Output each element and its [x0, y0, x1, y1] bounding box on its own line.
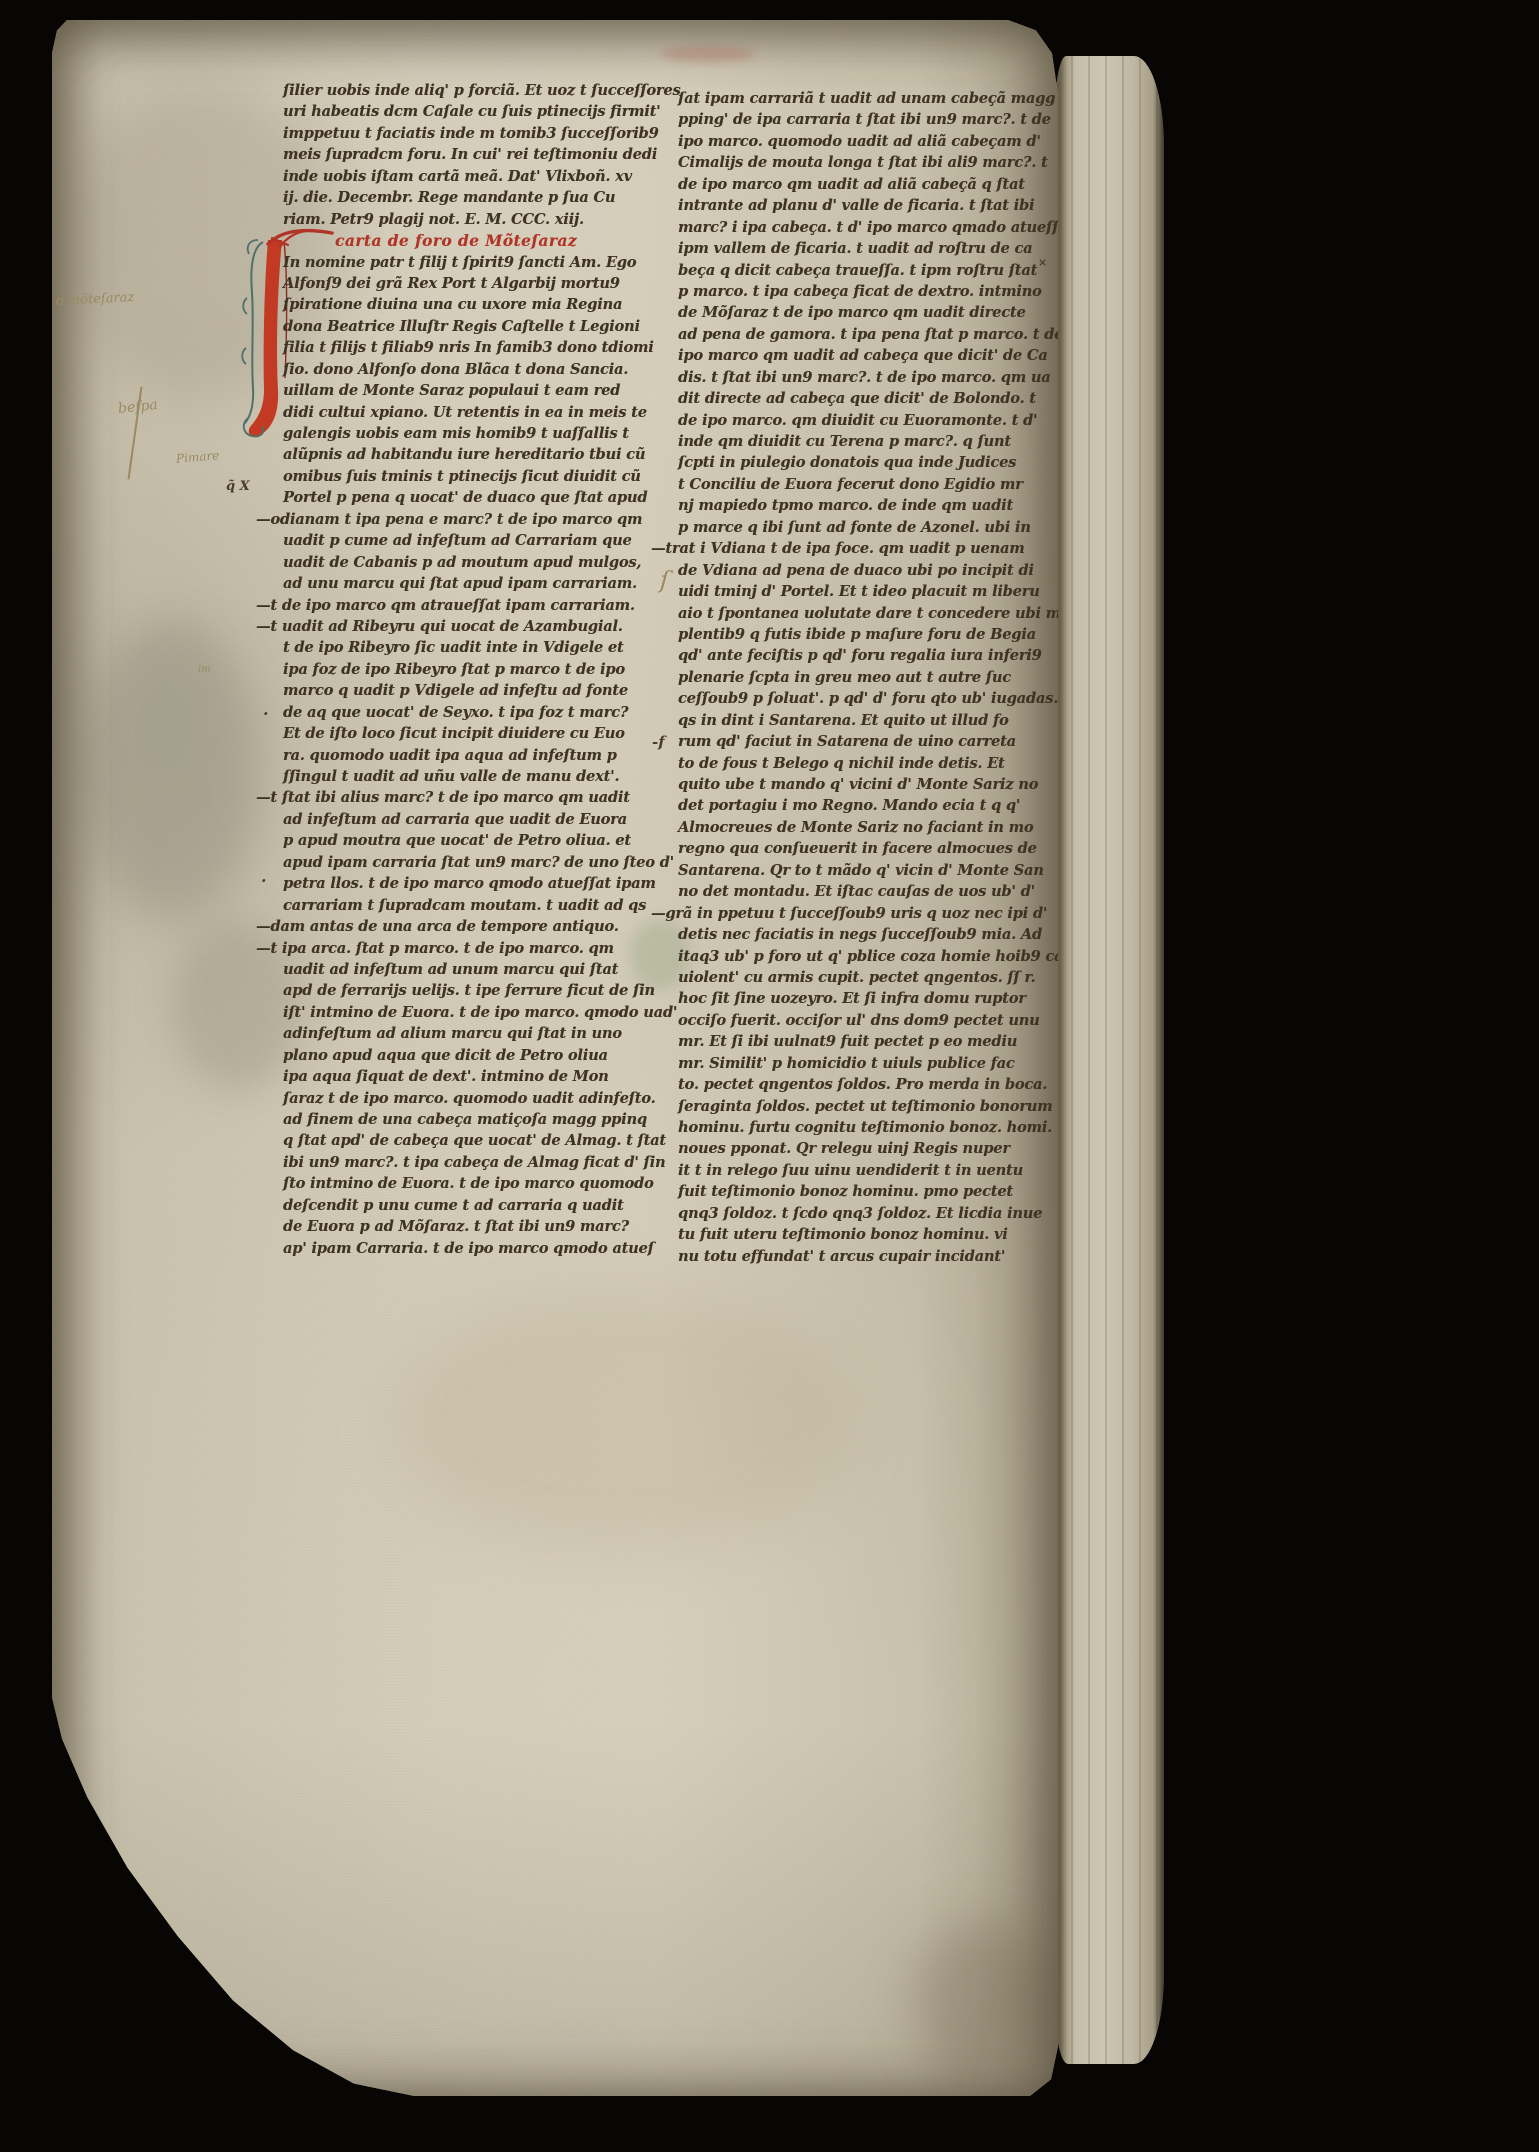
- manuscript-line: dit directe ad cabeça que dicit' de Bolo…: [678, 388, 1044, 409]
- manuscript-line: p marce q ibi ſunt ad fonte de Azonel. u…: [678, 517, 1044, 538]
- manuscript-line: ap' ipam Carraria. t de ipo marco qmodo …: [283, 1238, 655, 1259]
- margin-note: q̃ X: [226, 479, 250, 494]
- manuscript-line: p apud moutra que uocat' de Petro oliua.…: [283, 830, 655, 851]
- manuscript-line: ſio. dono Alfonſo dona Blãca t dona Sanc…: [283, 359, 655, 380]
- manuscript-line: ſpiratione diuina una cu uxore mia Regin…: [283, 294, 655, 315]
- margin-note: Pimare: [175, 448, 219, 466]
- manuscript-line: ipo marco qm uadit ad cabeça que dicit' …: [678, 345, 1044, 366]
- stain: [660, 46, 755, 62]
- manuscript-line: inde qm diuidit cu Terena p marc?. q ſun…: [678, 431, 1044, 452]
- manuscript-line: beça q dicit cabeça traueſſa. t ipm roſt…: [678, 260, 1044, 281]
- manuscript-line: plano apud aqua que dicit de Petro oliua: [283, 1045, 655, 1066]
- manuscript-line: —t uadit ad Ribeyru qui uocat de Azambug…: [256, 616, 655, 637]
- margin-note: d'mõteſaraz: [56, 290, 135, 309]
- manuscript-line: —t ipa arca. ſtat p marco. t de ipo marc…: [256, 938, 655, 959]
- rubric-line: carta de foro de Mõteſaraz: [283, 230, 655, 251]
- manuscript-line: Cimalijs de mouta longa t ſtat ibi ali9 …: [678, 152, 1044, 173]
- manuscript-line: nu totu effundat' t arcus cupair incidan…: [678, 1246, 1044, 1267]
- manuscript-line: deſcendit p unu cume t ad carraria q uad…: [283, 1195, 655, 1216]
- manuscript-line: det portagiu i mo Regno. Mando ecia t q …: [678, 795, 1044, 816]
- stain: [392, 1290, 852, 1550]
- manuscript-line: ipa foz de ipo Ribeyro ſtat p marco t de…: [283, 659, 655, 680]
- manuscript-line: Et de iſto loco ſicut incipit diuidere c…: [283, 723, 655, 744]
- text-column-right: ſat ipam carrariã t uadit ad unam cabeçã…: [678, 88, 1044, 1267]
- manuscript-line: no det montadu. Et iſtac cauſas de uos u…: [678, 881, 1044, 902]
- margin-note: -f: [652, 733, 665, 751]
- manuscript-line: detis nec faciatis in negs ſucceſſoub9 m…: [678, 924, 1044, 945]
- manuscript-line: Almocreues de Monte Sariz no faciant in …: [678, 817, 1044, 838]
- manuscript-line: marc? i ipa cabeça. t d' ipo marco qmado…: [678, 217, 1044, 238]
- manuscript-line: —odianam t ipa pena e marc? t de ipo mar…: [256, 509, 655, 530]
- manuscript-line: galengis uobis eam mis homib9 t uaſſalli…: [283, 423, 655, 444]
- manuscript-line: intrante ad planu d' valle de ficaria. t…: [678, 195, 1044, 216]
- manuscript-line: ad unu marcu qui ſtat apud ipam carraria…: [283, 573, 655, 594]
- manuscript-line: mr. Similit' p homicidio t uiuls publice…: [678, 1053, 1044, 1074]
- manuscript-line: ij. die. Decembr. Rege mandante p ſua Cu: [283, 187, 655, 208]
- stain: [912, 1920, 1052, 2080]
- manuscript-line: quito ube t mando q' vicini d' Monte Sar…: [678, 774, 1044, 795]
- manuscript-line: ſat ipam carrariã t uadit ad unam cabeçã…: [678, 88, 1044, 109]
- stain: [82, 620, 262, 920]
- manuscript-line: noues pponat. Qr relegu uinj Regis nuper: [678, 1138, 1044, 1159]
- manuscript-line: uadit p cume ad infeſtum ad Carrariam qu…: [283, 530, 655, 551]
- manuscript-line: ad infeſtum ad carraria que uadit de Euo…: [283, 809, 655, 830]
- manuscript-line: Santarena. Qr to t mãdo q' vicin d' Mont…: [678, 860, 1044, 881]
- manuscript-line: plentib9 q futis ibide p maſure foru de …: [678, 624, 1044, 645]
- manuscript-line: de Euora p ad Mõſaraz. t ſtat ibi un9 ma…: [283, 1216, 655, 1237]
- manuscript-line: it t in relego ſuu uinu uendiderit t in …: [678, 1160, 1044, 1181]
- manuscript-line: ipo marco. quomodo uadit ad aliã cabeçam…: [678, 131, 1044, 152]
- manuscript-line: marco q uadit p Vdigele ad infeſtu ad fo…: [283, 680, 655, 701]
- manuscript-line: ſto intmino de Euora. t de ipo marco quo…: [283, 1173, 655, 1194]
- margin-note: ſ: [659, 566, 670, 595]
- manuscript-line: ra. quomodo uadit ipa aqua ad infeſtum p: [283, 745, 655, 766]
- initial-red-stem: [249, 240, 282, 436]
- manuscript-line: carrariam t ſupradcam moutam. t uadit ad…: [283, 895, 655, 916]
- manuscript-line: riam. Petr9 plagij not. E. M. CCC. xiij.: [283, 209, 655, 230]
- manuscript-line: —trat i Vdiana t de ipa foce. qm uadit p…: [651, 538, 1044, 559]
- next-folio-edge: [1054, 56, 1164, 2064]
- manuscript-line: regno qua conſueuerit in facere almocues…: [678, 838, 1044, 859]
- manuscript-line: apud ipam carraria ſtat un9 marc? de uno…: [283, 852, 655, 873]
- photograph-background: ſilier uobis inde aliq' p forciã. Et uoz…: [0, 0, 1539, 2152]
- manuscript-line: aio t ſpontanea uolutate dare t conceder…: [678, 603, 1044, 624]
- manuscript-line: —dam antas de una arca de tempore antiqu…: [256, 916, 655, 937]
- manuscript-line: apd de ferrarijs uelijs. t ipe ferrure f…: [283, 980, 655, 1001]
- manuscript-line: q ſtat apd' de cabeça que uocat' de Alma…: [283, 1130, 655, 1151]
- manuscript-line: de aq que uocat' de Seyxo. t ipa foz t m…: [283, 702, 655, 723]
- manuscript-line: meis ſupradcm foru. In cui' rei teſtimon…: [283, 144, 655, 165]
- manuscript-line: fuit teſtimonio bonoz hominu. pmo pectet: [678, 1181, 1044, 1202]
- manuscript-line: petra llos. t de ipo marco qmodo atueſſa…: [283, 873, 655, 894]
- manuscript-line: ad finem de una cabeça matiçoſa magg ppi…: [283, 1109, 655, 1130]
- manuscript-line: ſeraginta ſoldos. pectet ut teſtimonio b…: [678, 1096, 1044, 1117]
- manuscript-line: filia t filijs t filiab9 nris In famib3 …: [283, 337, 655, 358]
- manuscript-line: p marco. t ipa cabeça ficat de dextro. i…: [678, 281, 1044, 302]
- manuscript-line: pping' de ipa carraria t ſtat ibi un9 ma…: [678, 109, 1044, 130]
- manuscript-line: adinfeſtum ad alium marcu qui ſtat in un…: [283, 1023, 655, 1044]
- manuscript-line: —grã in ppetuu t ſucceſſoub9 uris q uoz …: [651, 903, 1044, 924]
- manuscript-line: —t de ipo marco qm atraueſſat ipam carra…: [256, 595, 655, 616]
- manuscript-line: omibus ſuis tminis t ptinecijs ſicut diu…: [283, 466, 655, 487]
- manuscript-line: de Mõſaraz t de ipo marco qm uadit direc…: [678, 302, 1044, 323]
- manuscript-line: uillam de Monte Saraz populaui t eam red: [283, 380, 655, 401]
- manuscript-line: nj mapiedo tpmo marco. de inde qm uadit: [678, 495, 1044, 516]
- manuscript-line: uri habeatis dcm Caſale cu ſuis ptinecij…: [283, 101, 655, 122]
- margin-note: ·: [263, 704, 269, 723]
- manuscript-line: dona Beatrice Illuſtr Regis Caſtelle t L…: [283, 316, 655, 337]
- margin-note: ×: [1038, 256, 1047, 269]
- manuscript-line: t Conciliu de Euora fecerut dono Egidio …: [678, 474, 1044, 495]
- manuscript-line: tu fuit uteru teſtimonio bonoz hominu. v…: [678, 1224, 1044, 1245]
- manuscript-line: occiſo fuerit. occiſor ul' dns dom9 pect…: [678, 1010, 1044, 1031]
- manuscript-line: Portel p pena q uocat' de duaco que ſtat…: [283, 487, 655, 508]
- manuscript-line: hoc ſit ſine uozeyro. Et ſi infra domu r…: [678, 988, 1044, 1009]
- manuscript-line: uadit de Cabanis p ad moutum apud mulgos…: [283, 552, 655, 573]
- manuscript-line: ſilier uobis inde aliq' p forciã. Et uoz…: [283, 80, 655, 101]
- manuscript-line: ad pena de gamora. t ipa pena ſtat p mar…: [678, 324, 1044, 345]
- manuscript-line: uiolent' cu armis cupit. pectet qngentos…: [678, 967, 1044, 988]
- manuscript-line: ſaraz t de ipo marco. quomodo uadit adin…: [283, 1088, 655, 1109]
- manuscript-line: inde uobis iſtam cartã meã. Dat' Vlixboñ…: [283, 166, 655, 187]
- manuscript-line: to de fous t Belego q nichil inde detis.…: [678, 753, 1044, 774]
- manuscript-line: iſt' intmino de Euora. t de ipo marco. q…: [283, 1002, 655, 1023]
- manuscript-line: qnq3 ſoldoz. t ſcdo qnq3 ſoldoz. Et licd…: [678, 1203, 1044, 1224]
- manuscript-line: rum qd' faciut in Satarena de uino carre…: [678, 731, 1044, 752]
- manuscript-line: ſcpti in piulegio donatois qua inde Judi…: [678, 452, 1044, 473]
- margin-note: im: [198, 664, 211, 675]
- manuscript-line: uadit ad infeſtum ad unum marcu qui ſtat: [283, 959, 655, 980]
- manuscript-line: plenarie ſcpta in greu meo aut t autre ſ…: [678, 667, 1044, 688]
- manuscript-line: didi cultui xpiano. Ut retentis in ea in…: [283, 402, 655, 423]
- manuscript-line: imppetuu t faciatis inde m tomib3 ſucceſ…: [283, 123, 655, 144]
- manuscript-line: de ipo marco. qm diuidit cu Euoramonte. …: [678, 410, 1044, 431]
- manuscript-line: hominu. furtu cognitu teſtimonio bonoz. …: [678, 1117, 1044, 1138]
- manuscript-line: de ipo marco qm uadit ad aliã cabeçã q ſ…: [678, 174, 1044, 195]
- manuscript-line: t de ipo Ribeyro ſic uadit inte in Vdige…: [283, 637, 655, 658]
- manuscript-line: qs in dint i Santarena. Et quito ut illu…: [678, 710, 1044, 731]
- manuscript-line: qd' ante feciſtis p qd' foru regalia iur…: [678, 645, 1044, 666]
- manuscript-line: alũpnis ad habitandu iure hereditario tb…: [283, 444, 655, 465]
- manuscript-line: ibi un9 marc?. t ipa cabeça de Almag fic…: [283, 1152, 655, 1173]
- manuscript-line: dis. t ſtat ibi un9 marc?. t de ipo marc…: [678, 367, 1044, 388]
- manuscript-line: mr. Et ſi ibi uulnat9 fuit pectet p eo m…: [678, 1031, 1044, 1052]
- manuscript-line: uidi tminj d' Portel. Et t ideo placuit …: [678, 581, 1044, 602]
- manuscript-line: ceſſoub9 p ſoluat'. p qd' d' foru qto ub…: [678, 688, 1044, 709]
- manuscript-line: ſſingul t uadit ad uñu valle de manu dex…: [283, 766, 655, 787]
- text-column-left: ſilier uobis inde aliq' p forciã. Et uoz…: [283, 80, 655, 1259]
- margin-note: ·: [261, 871, 267, 890]
- manuscript-line: Alfonſ9 dei grã Rex Port t Algarbij mort…: [283, 273, 655, 294]
- manuscript-line: de Vdiana ad pena de duaco ubi po incipi…: [678, 560, 1044, 581]
- manuscript-line: ipa aqua ſiquat de dext'. intmino de Mon: [283, 1066, 655, 1087]
- manuscript-line: —t ſtat ibi alius marc? t de ipo marco q…: [256, 787, 655, 808]
- manuscript-page: ſilier uobis inde aliq' p forciã. Et uoz…: [52, 20, 1058, 2096]
- manuscript-line: In nomine patr t filij t ſpirit9 ſancti …: [283, 252, 655, 273]
- manuscript-line: to. pectet qngentos ſoldos. Pro merda in…: [678, 1074, 1044, 1095]
- manuscript-line: ipm vallem de ficaria. t uadit ad roſtru…: [678, 238, 1044, 259]
- manuscript-line: itaq3 ub' p foro ut q' pblice coza homie…: [678, 946, 1044, 967]
